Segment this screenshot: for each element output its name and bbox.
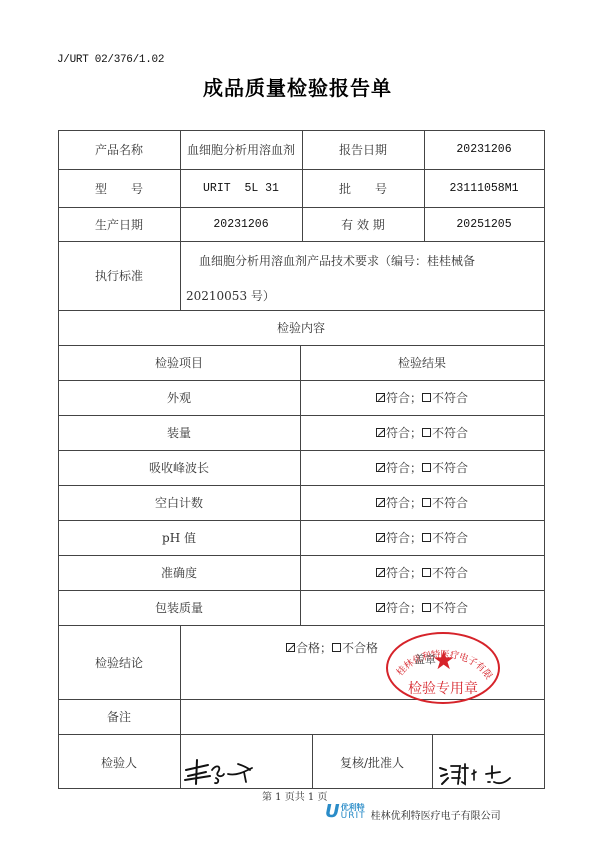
logo-en: URIT [341, 812, 366, 821]
checkbox-checked-icon[interactable] [376, 533, 385, 542]
fail-option-label: 不符合 [432, 389, 468, 406]
checkbox-unchecked-icon[interactable] [422, 603, 431, 612]
inspector-signature-icon [182, 756, 267, 786]
checkbox-checked-icon[interactable] [376, 603, 385, 612]
fail-option-label: 不符合 [432, 424, 468, 441]
company-brand: U 优利特 URIT 桂林优利特医疗电子有限公司 [325, 801, 501, 822]
checkbox-unchecked-icon[interactable] [422, 393, 431, 402]
inspection-result: 符合；不符合 [300, 450, 544, 485]
pass-option-label: 符合； [386, 529, 422, 546]
checkbox-unchecked-icon[interactable] [422, 568, 431, 577]
standard-value-line2: 20210053 号） [186, 287, 275, 304]
inspection-item-header: 检验项目 [58, 345, 300, 380]
checkbox-checked-icon[interactable] [376, 498, 385, 507]
pass-option-label: 符合； [386, 599, 422, 616]
model-value: URIT 5L 31 [180, 169, 302, 207]
report-date-label: 报告日期 [302, 130, 424, 169]
inspection-item-name: 装量 [58, 415, 300, 450]
inspection-result: 符合；不符合 [300, 590, 544, 625]
page-indicator: 第 1 页共 1 页 [262, 788, 327, 803]
inspection-stamp: 桂林优利特医疗电子有限公司 ★ 检验专用章 [386, 632, 500, 704]
checkbox-unchecked-icon[interactable] [422, 463, 431, 472]
batch-label: 批 号 [302, 169, 424, 207]
inspection-result: 符合；不符合 [300, 415, 544, 450]
checkbox-unchecked-icon[interactable] [332, 643, 341, 652]
pass-option-label: 符合； [386, 494, 422, 511]
expiry-value: 20251205 [424, 207, 544, 241]
remarks-label: 备注 [58, 699, 180, 734]
fail-option-label: 不合格 [342, 639, 378, 656]
reviewer-signature-icon [438, 760, 518, 788]
pass-option-label: 符合； [386, 389, 422, 406]
fail-option-label: 不符合 [432, 564, 468, 581]
checkbox-checked-icon[interactable] [376, 568, 385, 577]
fail-option-label: 不符合 [432, 529, 468, 546]
stamp-bottom-text: 检验专用章 [388, 678, 498, 698]
inspection-item-name: pH 值 [58, 520, 300, 555]
checkbox-checked-icon[interactable] [286, 643, 295, 652]
conclusion-result: 合格；不合格 [286, 638, 378, 656]
fail-option-label: 不符合 [432, 494, 468, 511]
pass-option-label: 符合； [386, 424, 422, 441]
batch-value: 23111058M1 [424, 169, 544, 207]
fail-option-label: 不符合 [432, 459, 468, 476]
conclusion-label: 检验结论 [58, 625, 180, 699]
checkbox-checked-icon[interactable] [376, 393, 385, 402]
inspection-result: 符合；不符合 [300, 485, 544, 520]
product-name-label: 产品名称 [58, 130, 180, 169]
urit-logo-icon: U [325, 803, 340, 821]
document-number: J/URT 02/376/1.02 [57, 54, 164, 66]
checkbox-unchecked-icon[interactable] [422, 533, 431, 542]
product-name-value: 血细胞分析用溶血剂 [180, 130, 302, 169]
company-name: 桂林优利特医疗电子有限公司 [371, 807, 501, 822]
inspection-item-name: 准确度 [58, 555, 300, 590]
report-date-value: 20231206 [424, 130, 544, 169]
inspection-result: 符合；不符合 [300, 520, 544, 555]
standard-value-line1: 血细胞分析用溶血剂产品技术要求（编号：桂桂械备 [199, 252, 475, 269]
model-label: 型 号 [58, 169, 180, 207]
inspection-item-name: 空白计数 [58, 485, 300, 520]
inspection-item-name: 吸收峰波长 [58, 450, 300, 485]
production-date-value: 20231206 [180, 207, 302, 241]
page-title: 成品质量检验报告单 [0, 72, 595, 101]
inspection-result: 符合；不符合 [300, 380, 544, 415]
expiry-label: 有 效 期 [302, 207, 424, 241]
inspection-section-title: 检验内容 [58, 310, 544, 345]
checkbox-unchecked-icon[interactable] [422, 498, 431, 507]
inspection-result-header: 检验结果 [300, 345, 544, 380]
inspector-label: 检验人 [58, 734, 180, 788]
pass-option-label: 符合； [386, 459, 422, 476]
checkbox-checked-icon[interactable] [376, 463, 385, 472]
pass-option-label: 符合； [386, 564, 422, 581]
remarks-value [180, 699, 544, 734]
checkbox-checked-icon[interactable] [376, 428, 385, 437]
standard-label: 执行标准 [58, 241, 180, 310]
reviewer-label: 复核/批准人 [312, 734, 432, 788]
pass-option-label: 合格； [296, 639, 332, 656]
checkbox-unchecked-icon[interactable] [422, 428, 431, 437]
fail-option-label: 不符合 [432, 599, 468, 616]
inspection-item-name: 外观 [58, 380, 300, 415]
production-date-label: 生产日期 [58, 207, 180, 241]
seal-label: 盖章 [414, 651, 436, 667]
inspection-result: 符合；不符合 [300, 555, 544, 590]
inspection-item-name: 包装质量 [58, 590, 300, 625]
